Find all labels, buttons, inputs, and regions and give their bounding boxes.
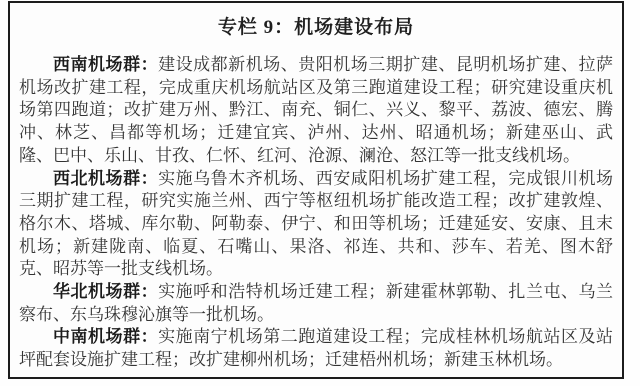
paragraph-north-cluster: 华北机场群：实施呼和浩特机场迁建工程；新建霍林郭勒、扎兰屯、乌兰察布、东乌珠穆沁… xyxy=(19,281,613,326)
paragraph-southwest-cluster: 西南机场群：建设成都新机场、贵阳机场三期扩建、昆明机场扩建、拉萨机场改扩建工程，… xyxy=(19,54,613,168)
paragraph-label-north: 华北机场群： xyxy=(53,282,158,301)
paragraph-northwest-cluster: 西北机场群：实施乌鲁木齐机场、西安咸阳机场扩建工程，完成银川机场三期扩建工程，研… xyxy=(19,168,613,282)
paragraph-central-south-cluster: 中南机场群：实施南宁机场第二跑道建设工程；完成桂林机场航站区及站坪配套设施扩建工… xyxy=(19,326,613,371)
paragraph-label-central-south: 中南机场群： xyxy=(53,327,158,346)
paragraph-label-southwest: 西南机场群： xyxy=(53,55,158,74)
box-title: 专栏 9：机场建设布局 xyxy=(19,15,613,41)
column-9-box: 专栏 9：机场建设布局 西南机场群：建设成都新机场、贵阳机场三期扩建、昆明机场扩… xyxy=(8,1,624,379)
paragraph-label-northwest: 西北机场群： xyxy=(53,169,158,188)
document-page: 专栏 9：机场建设布局 西南机场群：建设成都新机场、贵阳机场三期扩建、昆明机场扩… xyxy=(0,0,640,386)
